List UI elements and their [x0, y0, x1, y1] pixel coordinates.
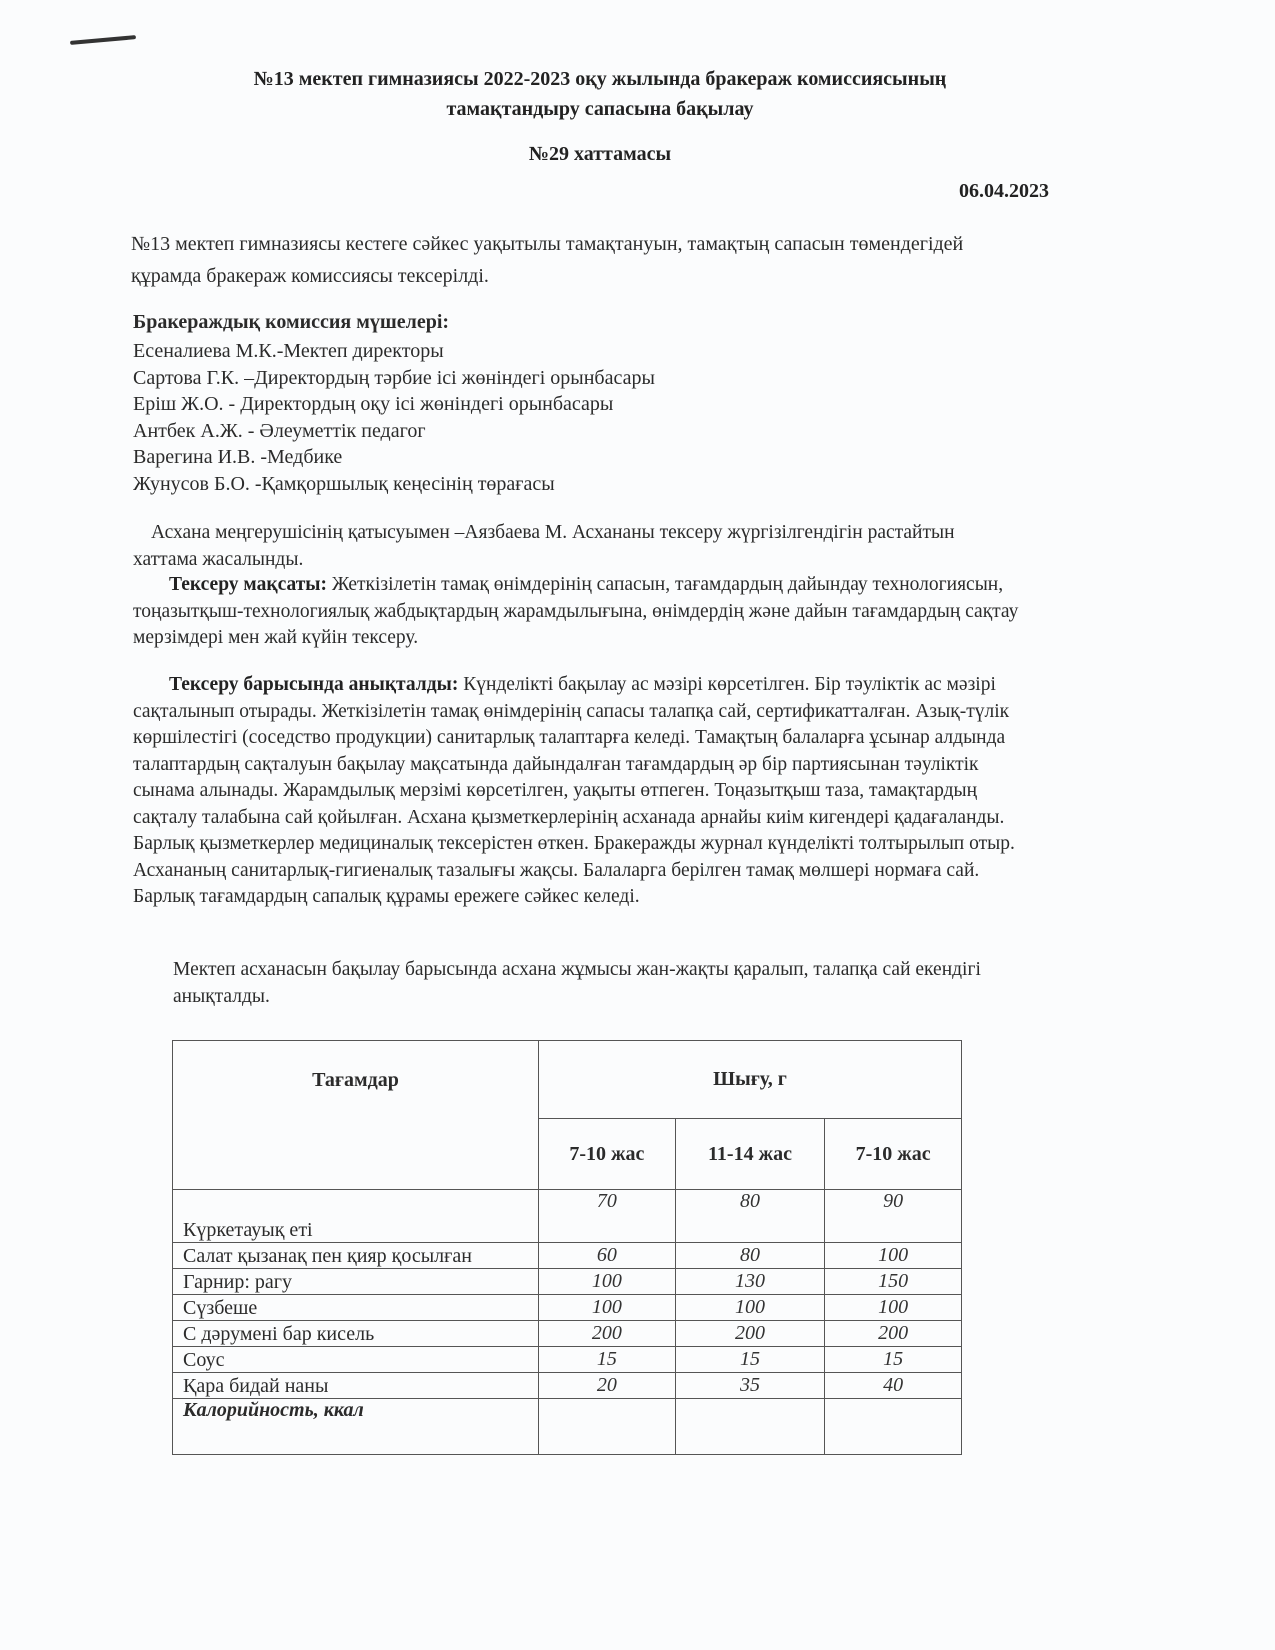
header-age-group: 7-10 жас — [539, 1119, 676, 1190]
intro-paragraph: №13 мектеп гимназиясы кестеге сәйкес уақ… — [131, 228, 1011, 292]
header-age-group: 11-14 жас — [675, 1119, 824, 1190]
findings-paragraph: Тексеру барысында анықталды: Күнделікті … — [133, 672, 1023, 911]
yield-value: 40 — [825, 1373, 962, 1399]
table-calorie-row: Калорийность, ккал — [173, 1399, 962, 1455]
yield-value: 35 — [675, 1373, 824, 1399]
document-date: 06.04.2023 — [959, 180, 1049, 203]
dish-name: С дәрумені бар кисель — [173, 1321, 539, 1347]
yield-value: 70 — [539, 1190, 676, 1243]
member-item: Сартова Г.К. –Директордың тәрбие ісі жөн… — [133, 365, 655, 392]
calorie-label: Калорийность, ккал — [173, 1399, 539, 1455]
yield-value: 90 — [825, 1190, 962, 1243]
yield-value: 200 — [825, 1321, 962, 1347]
document-title: №13 мектеп гимназиясы 2022-2023 оқу жылы… — [150, 64, 1050, 124]
table-row: Күркетауық еті 70 80 90 — [173, 1190, 962, 1243]
yield-value: 100 — [825, 1295, 962, 1321]
yield-value: 100 — [675, 1295, 824, 1321]
calorie-value — [825, 1399, 962, 1455]
goal-label: Тексеру мақсаты: — [169, 574, 327, 595]
table-row: Салат қызанақ пен қияр қосылған 60 80 10… — [173, 1243, 962, 1269]
table-row: С дәрумені бар кисель 200 200 200 — [173, 1321, 962, 1347]
yield-value: 100 — [825, 1243, 962, 1269]
members-list: Есеналиева М.К.-Мектеп директоры Сартова… — [133, 338, 655, 497]
table-row: Соус 15 15 15 — [173, 1347, 962, 1373]
dish-name: Салат қызанақ пен қияр қосылған — [173, 1243, 539, 1269]
menu-table: Тағамдар Шығу, г 7-10 жас 11-14 жас 7-10… — [172, 1040, 962, 1455]
members-title: Бракераждық комиссия мүшелері: — [133, 311, 449, 334]
header-dishes: Тағамдар — [173, 1041, 539, 1190]
yield-value: 100 — [539, 1269, 676, 1295]
member-item: Жунусов Б.О. -Қамқоршылық кеңесінің төра… — [133, 471, 655, 498]
calorie-value — [675, 1399, 824, 1455]
yield-value: 200 — [539, 1321, 676, 1347]
yield-value: 100 — [539, 1295, 676, 1321]
header-yield: Шығу, г — [539, 1041, 962, 1119]
yield-value: 15 — [539, 1347, 676, 1373]
member-item: Есеналиева М.К.-Мектеп директоры — [133, 338, 655, 365]
member-item: Варегина И.В. -Медбике — [133, 444, 655, 471]
yield-value: 20 — [539, 1373, 676, 1399]
yield-value: 80 — [675, 1190, 824, 1243]
dish-name: Сүзбеше — [173, 1295, 539, 1321]
yield-value: 200 — [675, 1321, 824, 1347]
member-item: Еріш Ж.О. - Директордың оқу ісі жөніндег… — [133, 391, 655, 418]
conclusion-paragraph: Мектеп асханасын бақылау барысында асхан… — [173, 957, 1023, 1010]
dish-name: Соус — [173, 1347, 539, 1373]
yield-value: 80 — [675, 1243, 824, 1269]
title-line-2: тамақтандыру сапасына бақылау — [150, 94, 1050, 124]
findings-text: Күнделікті бақылау ас мәзірі көрсетілген… — [133, 674, 1015, 907]
goal-paragraph: Тексеру мақсаты: Жеткізілетін тамақ өнім… — [133, 572, 1023, 652]
protocol-number: №29 хаттамасы — [150, 143, 1050, 166]
findings-label: Тексеру барысында анықталды: — [169, 674, 458, 695]
dish-name: Гарнир: рагу — [173, 1269, 539, 1295]
yield-value: 15 — [825, 1347, 962, 1373]
table-row: Сүзбеше 100 100 100 — [173, 1295, 962, 1321]
yield-value: 60 — [539, 1243, 676, 1269]
dish-name: Қара бидай наны — [173, 1373, 539, 1399]
member-item: Антбек А.Ж. - Әлеуметтік педагог — [133, 418, 655, 445]
yield-value: 150 — [825, 1269, 962, 1295]
yield-value: 15 — [675, 1347, 824, 1373]
calorie-value — [539, 1399, 676, 1455]
table-row: Гарнир: рагу 100 130 150 — [173, 1269, 962, 1295]
yield-value: 130 — [675, 1269, 824, 1295]
table-header-row: Тағамдар Шығу, г — [173, 1041, 962, 1119]
header-age-group: 7-10 жас — [825, 1119, 962, 1190]
table-row: Қара бидай наны 20 35 40 — [173, 1373, 962, 1399]
dish-name: Күркетауық еті — [173, 1190, 539, 1243]
scan-artifact-mark — [70, 35, 136, 45]
title-line-1: №13 мектеп гимназиясы 2022-2023 оқу жылы… — [150, 64, 1050, 94]
canteen-paragraph: Асхана меңгерушісінің қатысуымен –Аязбае… — [133, 520, 1023, 573]
